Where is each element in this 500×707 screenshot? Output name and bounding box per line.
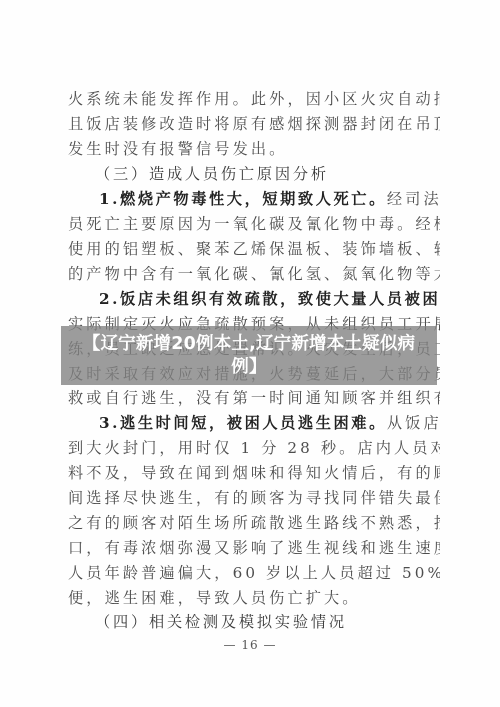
item-2-first-line: 2.饭店未组织有效疏散，致使大量人员被困。饭店未结合 <box>99 288 440 311</box>
item-2-lead: 2.饭店未组织有效疏散，致使大量人员被困。 <box>99 290 440 308</box>
body-text-line: 发生时没有报警信号发出。 <box>68 138 440 161</box>
body-text-line: 人员年龄普遍偏大，60 岁以上人员超过 50%，个别人员行动不 <box>68 562 440 585</box>
body-text-line: 员死亡主要原因为一氧化碳及氰化物中毒。经检测，起火场所 <box>68 213 440 236</box>
item-3-first-line: 3.逃生时间短，被困人员逃生困难。从饭店员工得知火情 <box>99 412 440 435</box>
body-text-line: 到大火封门，用时仅 1 分 28 秒。店内人员对火势的迅猛发展始 <box>68 437 440 460</box>
item-3-lead: 3.逃生时间短，被困人员逃生困难。 <box>99 414 387 432</box>
body-text-line: 口，有毒浓烟弥漫又影响了逃生视线和逃生速度，特别是被困 <box>68 537 440 560</box>
body-text-line: 间选择尽快逃生，有的顾客为寻找同伴错失最佳逃生时机；加 <box>68 487 440 510</box>
body-text-line: 的产物中含有一氧化碳、氰化氢、氮氧化物等大量有毒物质。 <box>68 263 440 286</box>
body-text-line: 救或自行逃生，没有第一时间通知顾客并组织有效疏散。 <box>68 387 440 410</box>
body-text-line: 火系统未能发挥作用。此外，因小区火灾自动报警系统停用， <box>68 88 440 111</box>
body-text-line: 便，逃生困难，导致人员伤亡扩大。 <box>68 587 440 610</box>
section-heading-4: （四）相关检测及模拟实验情况 <box>95 611 467 634</box>
item-1-first-line: 1.燃烧产物毒性大，短期致人死亡。经司法鉴定，遇难人 <box>99 188 440 211</box>
item-1-rest: 经司法鉴定，遇难人 <box>387 190 440 208</box>
item-1-lead: 1.燃烧产物毒性大，短期致人死亡。 <box>99 190 387 208</box>
headline-title[interactable]: 【辽宁新增20例本土,辽宁新增本土疑似病例】 <box>75 333 423 379</box>
body-text-line: 料不及，导致在闻到烟味和得知火情后，有的顾客未在第一时 <box>68 462 440 485</box>
section-heading-3: （三）造成人员伤亡原因分析 <box>95 163 467 186</box>
body-text-line: 使用的铝塑板、聚苯乙烯保温板、装饰墙板、软包餐椅等燃烧 <box>68 238 440 261</box>
item-3-rest: 从饭店员工得知火情 <box>387 414 440 432</box>
headline-overlay-banner[interactable]: 【辽宁新增20例本土,辽宁新增本土疑似病例】 <box>61 326 437 385</box>
body-text-line: 且饭店装修改造时将原有感烟探测器封闭在吊顶内，导致火灾 <box>68 113 440 136</box>
page-number: — 16 — <box>0 638 500 652</box>
body-text-line: 之有的顾客对陌生场所疏散逃生路线不熟悉，找不到安全出 <box>68 512 440 535</box>
